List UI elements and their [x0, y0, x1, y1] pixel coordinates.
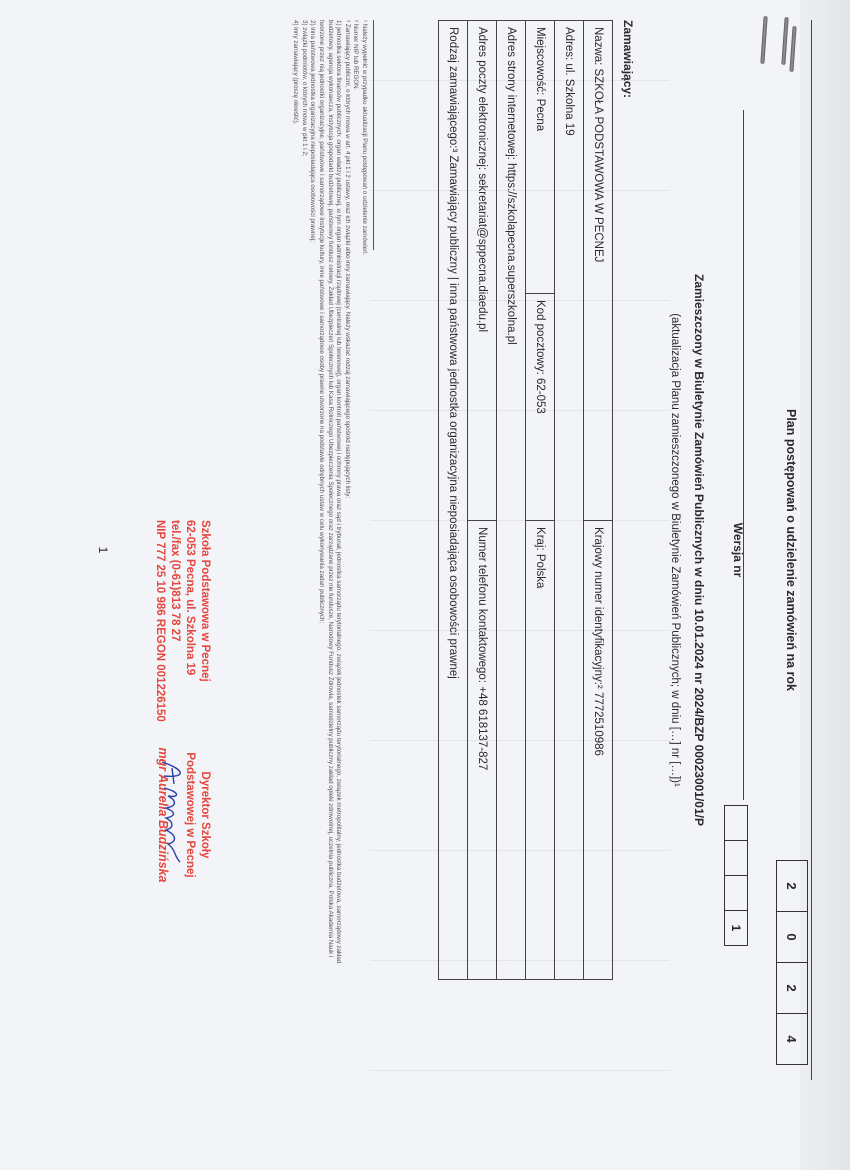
footnote: 4) inny zamawiający (proszę określić). [291, 20, 300, 980]
stamp-line: tel./fax (0-61)813 78 27 [167, 520, 182, 722]
publication-line: Zamieszczony w Biuletynie Zamówień Publi… [692, 20, 706, 1080]
footnote: ² Numer NIP lub REGON. [351, 20, 360, 980]
buyer-city: Miejscowość: Pecna [526, 21, 555, 294]
version-digit: 1 [725, 911, 747, 945]
buyer-email: Adres poczty elektronicznej: sekretariat… [468, 21, 497, 521]
footnote: ³ Zamawiający publiczni, o których mowa … [342, 20, 351, 980]
table-row: Adres strony internetowej: https://szkol… [497, 21, 526, 980]
divider [811, 20, 812, 1080]
footnote-divider [373, 20, 374, 250]
document-page: Plan postępowań o udzielenie zamówień na… [60, 20, 820, 1080]
buyer-postal-code: Kod pocztowy: 62-053 [526, 294, 555, 521]
buyer-national-id: Krajowy numer identyfikacyjny:² 77725109… [584, 521, 613, 980]
version-digit [725, 841, 747, 876]
update-line: (aktualizacja Planu zamieszczonego w Biu… [669, 20, 681, 1080]
school-stamp: Szkoła Podstawowa w Pecnej 62-053 Pecna,… [152, 520, 212, 722]
year-digit: 2 [777, 861, 807, 912]
footnote: ¹ Należy wypełnić w przypadku aktualizac… [359, 20, 368, 980]
signature-icon [156, 758, 190, 868]
footnote: 3) związki podmiotów, o których mowa w p… [299, 20, 308, 980]
buyer-section-label: Zamawiający: [621, 20, 635, 98]
buyer-website: Adres strony internetowej: https://szkol… [497, 21, 526, 980]
year-digit: 2 [777, 963, 807, 1014]
page-number: 1 [96, 20, 110, 1080]
buyer-table: Nazwa: SZKOŁA PODSTAWOWA W PECNEJ Krajow… [438, 20, 613, 980]
table-row: Nazwa: SZKOŁA PODSTAWOWA W PECNEJ Krajow… [584, 21, 613, 980]
table-row: Adres: ul. Szkolna 19 [555, 21, 584, 980]
footnotes: ¹ Należy wypełnić w przypadku aktualizac… [291, 20, 368, 980]
table-row: Adres poczty elektronicznej: sekretariat… [468, 21, 497, 980]
stamp-line: Szkoła Podstawowa w Pecnej [197, 520, 212, 722]
table-row: Rodzaj zamawiającego:³ Zamawiający publi… [439, 21, 468, 980]
version-box: 1 [724, 805, 748, 946]
footnote: 2) inna państwowa jednostka organizacyjn… [308, 20, 317, 980]
year-box: 2 0 2 4 [776, 860, 808, 1065]
buyer-address: Adres: ul. Szkolna 19 [555, 21, 584, 980]
version-digit [725, 806, 747, 841]
buyer-name: Nazwa: SZKOŁA PODSTAWOWA W PECNEJ [584, 21, 613, 521]
buyer-country: Kraj: Polska [526, 521, 555, 980]
year-digit: 0 [777, 912, 807, 963]
buyer-phone: Numer telefonu kontaktowego: +48 618137-… [468, 521, 497, 980]
year-digit: 4 [777, 1014, 807, 1064]
buyer-type: Rodzaj zamawiającego:³ Zamawiający publi… [439, 21, 468, 980]
stamp-line: 62-053 Pecna, ul. Szkolna 19 [182, 520, 197, 722]
version-digit [725, 876, 747, 911]
footnote: 1) jednostka sektora finansów publicznyc… [316, 20, 342, 980]
stamp-line: NIP 777 25 10 986 REGON 001226150 [152, 520, 167, 722]
table-row: Miejscowość: Pecna Kod pocztowy: 62-053 … [526, 21, 555, 980]
stamp-line: Dyrektor Szkoły [197, 740, 212, 890]
